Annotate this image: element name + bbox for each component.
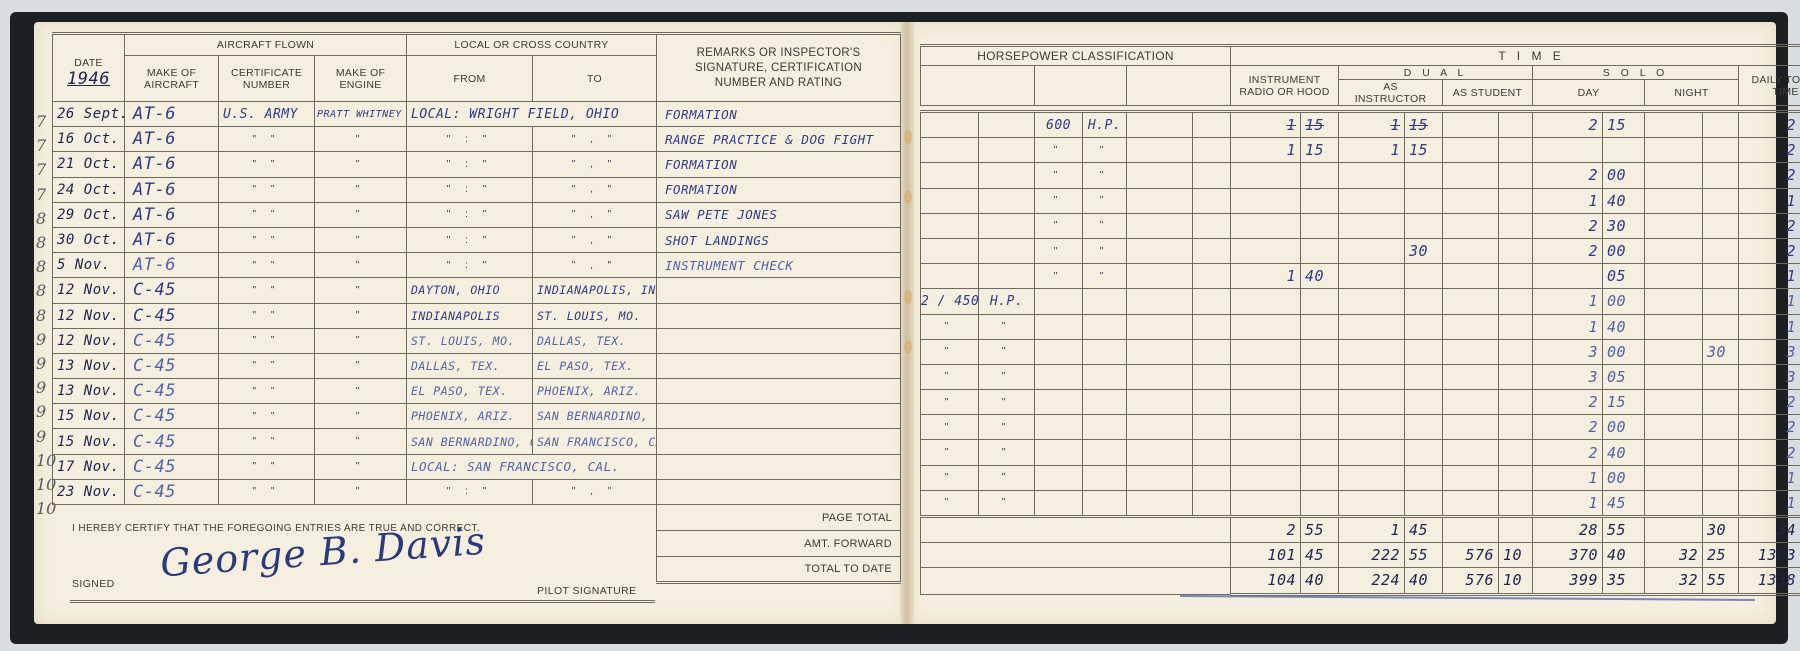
instrument-minutes-cell — [1301, 213, 1339, 238]
to-cell: " , " — [533, 227, 657, 252]
remarks-cell — [657, 328, 901, 353]
hp-blank-cell — [1127, 238, 1193, 263]
student-hours-cell — [1443, 213, 1499, 238]
pencil-margin-mark: 10 — [36, 499, 46, 518]
instructor-minutes-cell — [1405, 415, 1443, 440]
solo-night-minutes-cell — [1703, 238, 1739, 263]
solo-day-minutes-cell: 00 — [1603, 289, 1645, 314]
solo-day-hours-cell: 2 — [1533, 440, 1603, 465]
hp-blank-cell — [1127, 314, 1193, 339]
pencil-margin-mark: 8 — [36, 281, 46, 300]
instructor-minutes-cell — [1405, 289, 1443, 314]
hp-blank-cell — [1193, 465, 1231, 490]
hp-blank-cell — [1193, 163, 1231, 188]
solo-night-minutes-cell — [1703, 138, 1739, 163]
certificate-cell: " " — [219, 479, 315, 504]
solo-day-hours-cell: 2 — [1533, 163, 1603, 188]
from-cell: " : " — [407, 177, 533, 202]
certificate-number-header: CERTIFICATE NUMBER — [219, 56, 315, 102]
instructor-minutes-cell: 15 — [1405, 112, 1443, 138]
hp-col1-cell — [921, 163, 979, 188]
hp-blank-cell — [979, 238, 1035, 263]
hp-blank-cell — [1193, 213, 1231, 238]
to-cell: " , " — [533, 253, 657, 278]
hp-blank-cell — [1193, 289, 1231, 314]
engine-cell: " — [315, 353, 407, 378]
hp-blank-cell — [1193, 339, 1231, 364]
hp-blank-cell — [921, 517, 1231, 543]
hp-col4-cell — [1083, 364, 1127, 389]
hp-col3-cell: " — [1035, 163, 1083, 188]
log-entry-row: 15 Nov.C-45" ""SAN BERNARDINO, CAL.SAN F… — [53, 429, 901, 454]
hp-blank-cell — [979, 188, 1035, 213]
instrument-minutes-cell — [1301, 364, 1339, 389]
instrument-hours-cell: 1 — [1231, 112, 1301, 138]
page-total-day-m-cell: 55 — [1603, 517, 1645, 543]
solo-night-minutes-cell — [1703, 163, 1739, 188]
left-log-table: DATE 1946 AIRCRAFT FLOWN LOCAL OR CROSS … — [52, 32, 901, 584]
hp-blank-cell: " — [979, 415, 1035, 440]
solo-night-hours-cell — [1645, 112, 1703, 138]
from-cell: SAN BERNARDINO, CAL. — [407, 429, 533, 454]
aircraft-cell: C-45 — [125, 278, 219, 303]
aircraft-cell: AT-6 — [125, 177, 219, 202]
hp-blank-cell: " — [979, 390, 1035, 415]
total-to-date-row: 104402244057610399353255133800 — [921, 568, 1800, 594]
daily-total-hours-cell: 1 — [1739, 465, 1800, 490]
remarks-cell: FORMATION — [657, 102, 901, 127]
student-hours-cell — [1443, 415, 1499, 440]
instrument-hours-cell — [1231, 465, 1301, 490]
remarks-cell — [657, 454, 901, 479]
solo-day-minutes-cell: 15 — [1603, 390, 1645, 415]
log-entry-row: 29 Oct.AT-6" """ : "" , "SAW PETE JONES — [53, 202, 901, 227]
stain — [904, 290, 912, 304]
solo-night-minutes-cell — [1703, 112, 1739, 138]
student-minutes-cell — [1499, 440, 1533, 465]
log-entry-row: 26 Sept.AT-6U.S. ARMYPRATT WHITNEYLOCAL:… — [53, 102, 901, 127]
hp-col3-cell — [1035, 364, 1083, 389]
hp-blank-cell — [1193, 440, 1231, 465]
hp-blank-cell — [1193, 490, 1231, 516]
amt-forward-stud-m-cell: 10 — [1499, 543, 1533, 568]
hp-blank-cell — [979, 213, 1035, 238]
hp-blank-cell: " — [979, 490, 1035, 516]
hp-col4-cell — [1083, 440, 1127, 465]
instructor-hours-cell — [1339, 163, 1405, 188]
certificate-cell: " " — [219, 353, 315, 378]
to-cell: SAN FRANCISCO, CAL. — [533, 429, 657, 454]
hp-col4-cell — [1083, 289, 1127, 314]
hp-col1-cell — [921, 188, 979, 213]
certificate-cell: " " — [219, 454, 315, 479]
to-cell: " , " — [533, 202, 657, 227]
hp-col4-cell — [1083, 465, 1127, 490]
instrument-minutes-cell: 40 — [1301, 264, 1339, 289]
solo-day-minutes-cell: 45 — [1603, 490, 1645, 516]
instrument-hours-cell — [1231, 440, 1301, 465]
instructor-minutes-cell: 30 — [1405, 238, 1443, 263]
log-entry-row: 12 Nov.C-45" ""ST. LOUIS, MO.DALLAS, TEX… — [53, 328, 901, 353]
student-minutes-cell — [1499, 339, 1533, 364]
solo-day-hours-cell — [1533, 138, 1603, 163]
instrument-hours-cell — [1231, 314, 1301, 339]
horsepower-classification-header: HORSEPOWER CLASSIFICATION — [921, 46, 1231, 66]
solo-day-hours-cell: 1 — [1533, 465, 1603, 490]
total-to-date-total-h-cell: 1338 — [1739, 568, 1800, 594]
solo-day-hours-cell: 3 — [1533, 364, 1603, 389]
solo-night-minutes-cell — [1703, 188, 1739, 213]
hp-blank-cell — [921, 568, 1231, 594]
total-to-date-instr-m-cell: 40 — [1301, 568, 1339, 594]
log-entry-row: 30 Oct.AT-6" """ : "" , "SHOT LANDINGS — [53, 227, 901, 252]
solo-day-hours-cell: 2 — [1533, 415, 1603, 440]
hp-col4-cell: " — [1083, 264, 1127, 289]
stain — [904, 340, 912, 354]
solo-day-minutes-cell: 05 — [1603, 264, 1645, 289]
remarks-cell — [657, 429, 901, 454]
instructor-hours-cell — [1339, 415, 1405, 440]
instructor-hours-cell — [1339, 390, 1405, 415]
student-minutes-cell — [1499, 112, 1533, 138]
hp-col3-cell: " — [1035, 213, 1083, 238]
certificate-cell: " " — [219, 227, 315, 252]
solo-night-hours-cell — [1645, 465, 1703, 490]
hp-blank-cell: " — [979, 465, 1035, 490]
page-total-inst-h-cell: 1 — [1339, 517, 1405, 543]
daily-total-hours-cell: 1 — [1739, 264, 1800, 289]
time-entry-row: ""200200 — [921, 415, 1800, 440]
solo-day-hours-cell: 1 — [1533, 314, 1603, 339]
certificate-cell: " " — [219, 253, 315, 278]
log-entry-row: 24 Oct.AT-6" """ : "" , "FORMATION — [53, 177, 901, 202]
student-minutes-cell — [1499, 213, 1533, 238]
aircraft-cell: C-45 — [125, 454, 219, 479]
solo-night-hours-cell — [1645, 440, 1703, 465]
certificate-cell: " " — [219, 127, 315, 152]
solo-day-hours-cell — [1533, 264, 1603, 289]
to-cell: " , " — [533, 479, 657, 504]
date-cell: 13 Nov. — [53, 379, 125, 404]
engine-cell: " — [315, 404, 407, 429]
signed-label: SIGNED — [72, 578, 115, 590]
daily-total-hours-cell: 1 — [1739, 188, 1800, 213]
instrument-hours-cell — [1231, 188, 1301, 213]
pencil-margin-mark: 9 — [36, 378, 46, 397]
instrument-hours-cell: 1 — [1231, 138, 1301, 163]
page-total-day-h-cell: 28 — [1533, 517, 1603, 543]
date-cell: 12 Nov. — [53, 328, 125, 353]
hp-col1-cell: " — [921, 490, 979, 516]
date-cell: 5 Nov. — [53, 253, 125, 278]
total-to-date-day-h-cell: 399 — [1533, 568, 1603, 594]
hp-col4-cell: " — [1083, 238, 1127, 263]
instructor-minutes-cell — [1405, 390, 1443, 415]
log-entry-row: 13 Nov.C-45" ""DALLAS, TEX.EL PASO, TEX. — [53, 353, 901, 378]
time-header: T I M E — [1231, 46, 1800, 66]
from-cell: " : " — [407, 127, 533, 152]
hp-blank-cell — [979, 112, 1035, 138]
page-total-instr-h-cell: 2 — [1231, 517, 1301, 543]
hp-col3-cell: 600 — [1035, 112, 1083, 138]
page-total-stud-h-cell — [1443, 517, 1499, 543]
engine-cell: PRATT WHITNEY — [315, 102, 407, 127]
from-cell: " : " — [407, 152, 533, 177]
from-header: FROM — [407, 56, 533, 102]
to-cell: DALLAS, TEX. — [533, 328, 657, 353]
solo-day-hours-cell: 3 — [1533, 339, 1603, 364]
aircraft-cell: C-45 — [125, 429, 219, 454]
instrument-minutes-cell — [1301, 238, 1339, 263]
instructor-hours-cell: 1 — [1339, 138, 1405, 163]
date-cell: 23 Nov. — [53, 479, 125, 504]
hp-col1-cell: 2 / 450 — [921, 289, 979, 314]
hp-blank-cell — [1127, 188, 1193, 213]
hp-col1-cell: " — [921, 390, 979, 415]
instrument-hours-cell — [1231, 364, 1301, 389]
hp-blank-cell — [1127, 440, 1193, 465]
daily-total-hours-cell: 2 — [1739, 390, 1800, 415]
instructor-minutes-cell — [1405, 213, 1443, 238]
pencil-margin-mark: 8 — [36, 209, 46, 228]
aircraft-cell: C-45 — [125, 353, 219, 378]
hp-blank-cell — [1127, 465, 1193, 490]
day-header: DAY — [1533, 80, 1645, 106]
instructor-hours-cell — [1339, 213, 1405, 238]
instrument-hours-cell — [1231, 415, 1301, 440]
pencil-margin-mark: 7 — [36, 185, 46, 204]
pencil-margin-mark: 7 — [36, 160, 46, 179]
solo-day-hours-cell: 1 — [1533, 188, 1603, 213]
hp-col1-cell — [921, 264, 979, 289]
page-total-row: 2551452855303405 — [921, 517, 1800, 543]
solo-night-hours-cell — [1645, 289, 1703, 314]
remarks-header: REMARKS OR INSPECTOR'S SIGNATURE, CERTIF… — [657, 34, 901, 102]
date-cell: 30 Oct. — [53, 227, 125, 252]
total-to-date-night-m-cell: 55 — [1703, 568, 1739, 594]
remarks-cell — [657, 379, 901, 404]
instrument-minutes-cell — [1301, 289, 1339, 314]
hp-blank-cell: " — [979, 339, 1035, 364]
student-hours-cell — [1443, 112, 1499, 138]
student-minutes-cell — [1499, 289, 1533, 314]
hp-blank-cell — [1193, 188, 1231, 213]
hp-blank-cell: " — [979, 364, 1035, 389]
log-entry-row: 15 Nov.C-45" ""PHOENIX, ARIZ.SAN BERNARD… — [53, 404, 901, 429]
hp-col4-cell: " — [1083, 213, 1127, 238]
hp-blank-cell — [979, 138, 1035, 163]
instructor-hours-cell: 1 — [1339, 112, 1405, 138]
hp-blank-cell — [1127, 415, 1193, 440]
hp-blank-cell — [1127, 364, 1193, 389]
hp-col1-cell: " — [921, 465, 979, 490]
student-hours-cell — [1443, 163, 1499, 188]
engine-cell: " — [315, 454, 407, 479]
solo-day-minutes-cell: 15 — [1603, 112, 1645, 138]
total-to-date-inst-m-cell: 40 — [1405, 568, 1443, 594]
pencil-margin-mark: 9 — [36, 427, 46, 446]
solo-day-minutes-cell: 00 — [1603, 163, 1645, 188]
to-cell: " , " — [533, 177, 657, 202]
student-minutes-cell — [1499, 415, 1533, 440]
stain — [904, 130, 912, 144]
student-hours-cell — [1443, 364, 1499, 389]
stain — [904, 190, 912, 204]
solo-day-hours-cell: 2 — [1533, 238, 1603, 263]
amt-forward-row: 101452225557610370403225130355 — [921, 543, 1800, 568]
pilot-signature-label: PILOT SIGNATURE — [537, 585, 637, 597]
from-cell: " : " — [407, 227, 533, 252]
date-cell: 16 Oct. — [53, 127, 125, 152]
engine-cell: " — [315, 253, 407, 278]
instrument-minutes-cell — [1301, 163, 1339, 188]
log-entry-row: 16 Oct.AT-6" """ : "" , "RANGE PRACTICE … — [53, 127, 901, 152]
to-cell: SAN BERNARDINO, CAL. — [533, 404, 657, 429]
solo-day-minutes-cell: 40 — [1603, 440, 1645, 465]
to-cell: " , " — [533, 152, 657, 177]
student-hours-cell — [1443, 490, 1499, 516]
night-header: NIGHT — [1645, 80, 1739, 106]
solo-day-minutes-cell: 00 — [1603, 415, 1645, 440]
instrument-hours-cell — [1231, 390, 1301, 415]
solo-header: S O L O — [1533, 66, 1739, 80]
hp-col3-cell — [1035, 390, 1083, 415]
solo-night-minutes-cell: 30 — [1703, 339, 1739, 364]
engine-cell: " — [315, 379, 407, 404]
log-entry-row: 21 Oct.AT-6" """ : "" , "FORMATION — [53, 152, 901, 177]
instructor-minutes-cell — [1405, 314, 1443, 339]
solo-day-hours-cell: 2 — [1533, 112, 1603, 138]
certificate-cell: " " — [219, 152, 315, 177]
instructor-hours-cell — [1339, 289, 1405, 314]
instructor-hours-cell — [1339, 364, 1405, 389]
instructor-minutes-cell — [1405, 440, 1443, 465]
instructor-hours-cell — [1339, 188, 1405, 213]
certificate-cell: " " — [219, 177, 315, 202]
solo-night-hours-cell — [1645, 415, 1703, 440]
engine-cell: " — [315, 227, 407, 252]
hp-col3-cell: " — [1035, 238, 1083, 263]
solo-day-hours-cell: 1 — [1533, 490, 1603, 516]
hp-blank-cell: " — [979, 314, 1035, 339]
instructor-hours-cell — [1339, 314, 1405, 339]
solo-day-minutes-cell: 00 — [1603, 238, 1645, 263]
student-hours-cell — [1443, 465, 1499, 490]
daily-total-hours-cell: 2 — [1739, 213, 1800, 238]
solo-night-minutes-cell — [1703, 465, 1739, 490]
solo-day-hours-cell: 2 — [1533, 390, 1603, 415]
instrument-hours-cell — [1231, 339, 1301, 364]
engine-cell: " — [315, 127, 407, 152]
student-hours-cell — [1443, 440, 1499, 465]
solo-night-hours-cell — [1645, 138, 1703, 163]
right-log-table: HORSEPOWER CLASSIFICATION T I M E INSTRU… — [920, 44, 1800, 596]
pencil-margin-mark: 8 — [36, 233, 46, 252]
hp-col3-cell — [1035, 289, 1083, 314]
as-student-header: AS STUDENT — [1443, 80, 1533, 106]
instructor-minutes-cell — [1405, 465, 1443, 490]
instrument-minutes-cell: 15 — [1301, 112, 1339, 138]
engine-cell: " — [315, 328, 407, 353]
aircraft-cell: C-45 — [125, 379, 219, 404]
pencil-margin-mark: 7 — [36, 112, 46, 131]
page-total-total-h-cell: 34 — [1739, 517, 1800, 543]
hp-blank-cell — [1127, 138, 1193, 163]
solo-day-hours-cell: 2 — [1533, 213, 1603, 238]
aircraft-flown-header: AIRCRAFT FLOWN — [125, 34, 407, 56]
from-cell: ST. LOUIS, MO. — [407, 328, 533, 353]
solo-day-minutes-cell: 05 — [1603, 364, 1645, 389]
hp-blank-cell — [1127, 213, 1193, 238]
time-entry-row: ""305305 — [921, 364, 1800, 389]
hp-col4-cell: " — [1083, 138, 1127, 163]
remarks-cell — [657, 353, 901, 378]
engine-cell: " — [315, 202, 407, 227]
daily-total-hours-cell: 2 — [1739, 415, 1800, 440]
page-total-label: PAGE TOTAL — [657, 505, 901, 531]
daily-total-hours-cell: 1 — [1739, 289, 1800, 314]
solo-night-hours-cell — [1645, 364, 1703, 389]
instrument-minutes-cell — [1301, 339, 1339, 364]
engine-cell: " — [315, 429, 407, 454]
pencil-margin-mark: 9 — [36, 354, 46, 373]
aircraft-cell: AT-6 — [125, 227, 219, 252]
instructor-hours-cell — [1339, 238, 1405, 263]
hp-col3-cell — [1035, 415, 1083, 440]
total-to-date-label: TOTAL TO DATE — [657, 557, 901, 583]
aircraft-cell: AT-6 — [125, 253, 219, 278]
time-entry-row: 2 / 450H.P.100100 — [921, 289, 1800, 314]
time-entry-row: ""200200 — [921, 163, 1800, 188]
amt-forward-instr-h-cell: 101 — [1231, 543, 1301, 568]
aircraft-cell: AT-6 — [125, 202, 219, 227]
instructor-minutes-cell: 15 — [1405, 138, 1443, 163]
page-total-instr-m-cell: 55 — [1301, 517, 1339, 543]
date-cell: 15 Nov. — [53, 404, 125, 429]
student-minutes-cell — [1499, 188, 1533, 213]
solo-night-hours-cell — [1645, 188, 1703, 213]
instrument-minutes-cell — [1301, 314, 1339, 339]
total-to-date-stud-m-cell: 10 — [1499, 568, 1533, 594]
total-to-date-inst-h-cell: 224 — [1339, 568, 1405, 594]
log-entry-row: 12 Nov.C-45" ""DAYTON, OHIOINDIANAPOLIS,… — [53, 278, 901, 303]
time-entry-row: ""215215 — [921, 390, 1800, 415]
instrument-minutes-cell — [1301, 188, 1339, 213]
instrument-minutes-cell — [1301, 390, 1339, 415]
make-of-aircraft-header: MAKE OF AIRCRAFT — [125, 56, 219, 102]
certificate-cell: " " — [219, 328, 315, 353]
solo-night-minutes-cell — [1703, 490, 1739, 516]
from-cell: INDIANAPOLIS — [407, 303, 533, 328]
instrument-minutes-cell: 15 — [1301, 138, 1339, 163]
hp-col4-cell — [1083, 314, 1127, 339]
from-cell: EL PASO, TEX. — [407, 379, 533, 404]
hp-blank-cell — [1127, 390, 1193, 415]
daily-total-hours-cell: 1 — [1739, 314, 1800, 339]
instrument-minutes-cell — [1301, 415, 1339, 440]
pencil-margin-mark: 8 — [36, 257, 46, 276]
student-minutes-cell — [1499, 314, 1533, 339]
instructor-minutes-cell — [1405, 364, 1443, 389]
solo-day-minutes-cell: 00 — [1603, 339, 1645, 364]
engine-cell: " — [315, 152, 407, 177]
hp-col1-cell: " — [921, 314, 979, 339]
solo-day-hours-cell: 1 — [1533, 289, 1603, 314]
student-minutes-cell — [1499, 163, 1533, 188]
date-header: DATE — [53, 57, 124, 69]
aircraft-cell: AT-6 — [125, 127, 219, 152]
page-total-night-m-cell: 30 — [1703, 517, 1739, 543]
